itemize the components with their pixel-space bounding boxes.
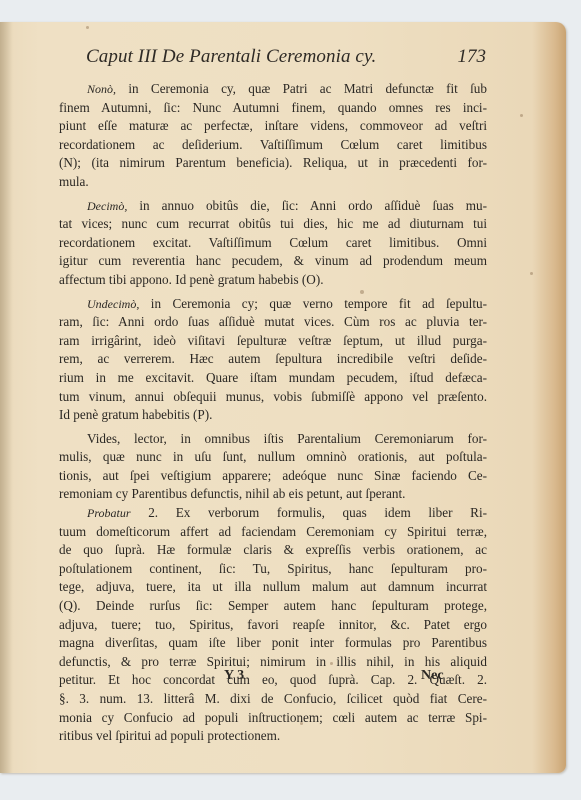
- paragraph-decimo: Decimò, in annuo obitûs die, ſic: Anni o…: [59, 197, 487, 290]
- paragraph-lead: Nonò,: [87, 82, 116, 96]
- text-line: adjuva, tuere; tuo, Spiritus, favori rea…: [59, 616, 487, 635]
- paragraph-vides: Vides, lector, in omnibus iſtis Parental…: [59, 430, 487, 504]
- paragraph-nono: Nonò, in Ceremonia cy, quæ Patri ac Matr…: [59, 80, 487, 192]
- text-line: magna diverſitas, quam iſte liber ponit …: [59, 634, 487, 653]
- text-line: Probatur 2. Ex verborum formulis, quas i…: [59, 504, 487, 523]
- page-footer: Y 3 Nec: [0, 668, 566, 688]
- text-line: poſtulationem continent, ſic: Tu, Spirit…: [59, 560, 487, 579]
- text-line: de quo ſuprà. Hæ formulæ claris & expreſ…: [59, 541, 487, 560]
- text-line: tat vices; nunc cum recurrat obitûs tui …: [59, 215, 487, 234]
- foxing-spot: [86, 26, 89, 29]
- foxing-spot: [530, 272, 533, 275]
- running-head: Caput III De Parentali Ceremonia cy.: [86, 46, 376, 68]
- text-line: rem, ac verrerem. Hæc autem ſepultura in…: [59, 350, 487, 369]
- text-line: Decimò, in annuo obitûs die, ſic: Anni o…: [59, 197, 487, 216]
- text-line: Vides, lector, in omnibus iſtis Parental…: [59, 430, 487, 449]
- foxing-spot: [360, 290, 364, 294]
- text-line: recordationem ac deſiderium. Vaſtiſſimum…: [59, 136, 487, 155]
- paragraph-lead: Probatur: [87, 506, 131, 520]
- text-line: monia cy Confucio ad populi inſtructione…: [59, 709, 487, 728]
- text-line: (Q). Deinde rurſus ſic: Semper autem han…: [59, 597, 487, 616]
- body-text: Nonò, in Ceremonia cy, quæ Patri ac Matr…: [59, 80, 487, 746]
- text-line: Nonò, in Ceremonia cy, quæ Patri ac Matr…: [59, 80, 487, 99]
- text-line: Id penè gratum habebitis (P).: [59, 406, 487, 425]
- paragraph-lead: Decimò,: [87, 199, 127, 213]
- text-line: mulis, quæ nunc in uſu ſunt, nullum omni…: [59, 448, 487, 467]
- text-line: igitur cum reverentia hanc pecudem, & vi…: [59, 252, 487, 271]
- text-line: tuum domeſticorum affert ad faciendam Ce…: [59, 523, 487, 542]
- foxing-spot: [300, 722, 303, 725]
- page-number: 173: [458, 46, 487, 68]
- catchword: Nec: [421, 668, 444, 684]
- text-line: (N); (ita nimirum Parentum beneficia). R…: [59, 154, 487, 173]
- page-header: Caput III De Parentali Ceremonia cy. 173: [86, 46, 486, 70]
- signature-mark: Y 3: [224, 668, 244, 684]
- text-line: tum vinum, annui obſequii munus, vobis ſ…: [59, 388, 487, 407]
- text-line: Undecimò, in Ceremonia cy; quæ verno tem…: [59, 295, 487, 314]
- text-line: ram, ſic: Anni ordo ſuas aſſiduè mutat v…: [59, 313, 487, 332]
- paragraph-probatur: Probatur 2. Ex verborum formulis, quas i…: [59, 504, 487, 746]
- text-line: ritibus vel ſpiritui ad populi protectio…: [59, 727, 487, 746]
- text-line: mula.: [59, 173, 487, 192]
- text-line: piunt eſſe maturæ ac perfectæ, inſtare v…: [59, 117, 487, 136]
- text-line: finem Autumni, ſic: Nunc Autumni finem, …: [59, 99, 487, 118]
- book-page: Caput III De Parentali Ceremonia cy. 173…: [0, 22, 566, 773]
- text-line: tege, adjuva, tuere, ita ut illa nullum …: [59, 578, 487, 597]
- text-line: ram irrigârint, ideò viſitavi ſepulturæ …: [59, 332, 487, 351]
- text-line: tionis, aut ſpei veſtigium apparere; ade…: [59, 467, 487, 486]
- text-line: remoniam cy Parentibus defunctis, nihil …: [59, 485, 487, 504]
- text-line: affectum tibi appono. Id penè gratum hab…: [59, 271, 487, 290]
- paragraph-lead: Undecimò,: [87, 297, 139, 311]
- text-line: §. 3. num. 13. litterâ M. dixi de Confuc…: [59, 690, 487, 709]
- paragraph-undecimo: Undecimò, in Ceremonia cy; quæ verno tem…: [59, 295, 487, 425]
- text-line: rium in me excitavit. Quare iſtam mundam…: [59, 369, 487, 388]
- foxing-spot: [520, 114, 523, 117]
- foxing-spot: [330, 662, 333, 665]
- text-line: recordationem excitat. Vaſtiſſimum Cœlum…: [59, 234, 487, 253]
